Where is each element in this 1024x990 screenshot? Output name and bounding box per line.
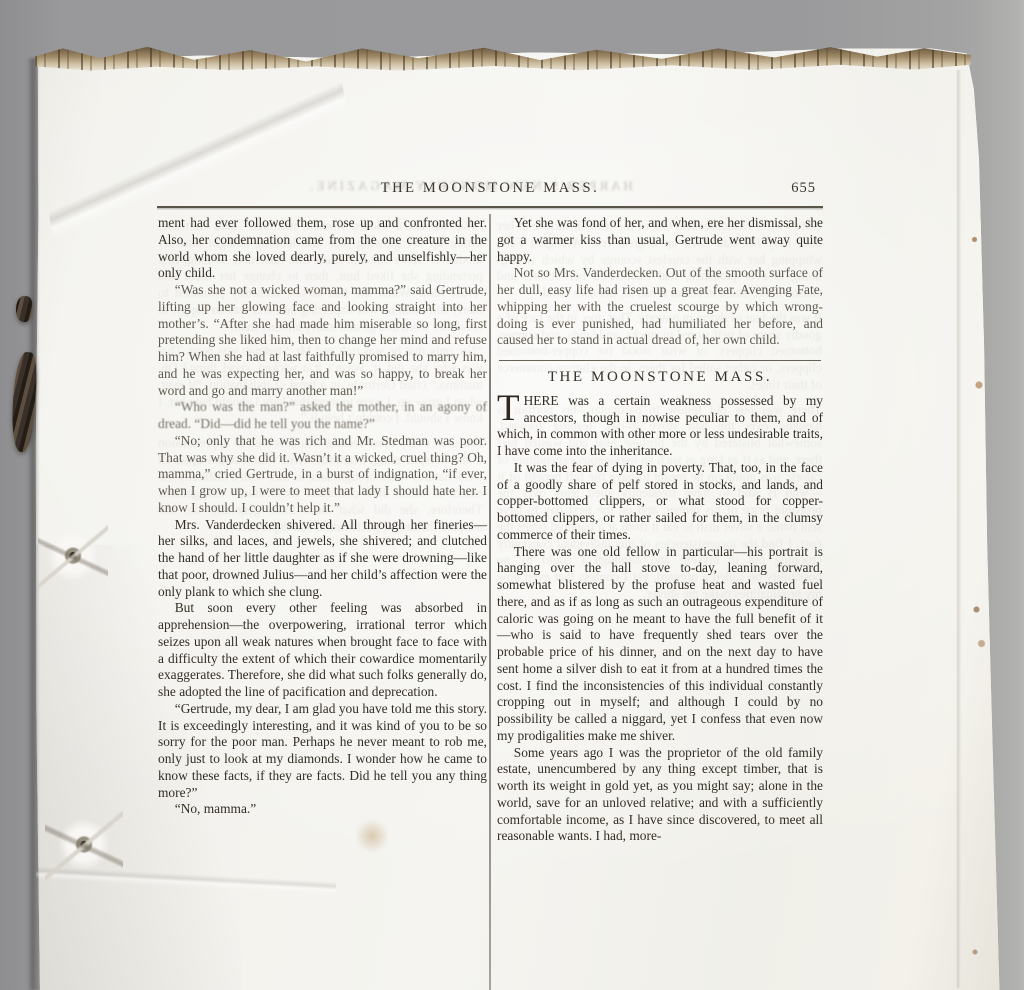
paragraph: “No, mamma.” — [158, 801, 487, 818]
paragraph: There was one old fellow in particular—h… — [497, 544, 823, 745]
page-header: HARPER'S NEW MONTHLY MAGAZINE. THE MOONS… — [158, 180, 822, 202]
right-column: Yet she was fond of her, and when, ere h… — [497, 215, 823, 845]
paragraph: Yet she was fond of her, and when, ere h… — [497, 215, 823, 265]
paragraph: It was the fear of dying in poverty. Tha… — [497, 460, 823, 544]
paragraph: THERE was a certain weakness possessed b… — [497, 393, 823, 460]
header-rule — [157, 206, 823, 208]
section-title: THE MOONSTONE MASS. — [497, 369, 823, 386]
scan-background: Not so Mrs. Vanderdecken. Out of the smo… — [0, 0, 1024, 990]
paragraph: “Was she not a wicked woman, mamma?” sai… — [158, 282, 487, 399]
section-divider-rule — [499, 360, 821, 361]
paragraph: ment had ever followed them, rose up and… — [158, 215, 487, 282]
page-number: 655 — [791, 180, 816, 197]
printed-page-content: Not so Mrs. Vanderdecken. Out of the smo… — [0, 0, 1024, 990]
opening-text: HERE was a certain weakness possessed by… — [497, 393, 823, 458]
drop-cap: T — [497, 393, 524, 423]
running-title: THE MOONSTONE MASS. — [158, 180, 822, 202]
paragraph: But soon every other feeling was absorbe… — [158, 600, 487, 701]
left-column: ment had ever followed them, rose up and… — [158, 215, 487, 818]
paragraph: “Gertrude, my dear, I am glad you have t… — [158, 701, 487, 802]
paragraph: Not so Mrs. Vanderdecken. Out of the smo… — [497, 265, 823, 349]
paragraph: “Who was the man?” asked the mother, in … — [158, 399, 487, 433]
paragraph: Mrs. Vanderdecken shivered. All through … — [158, 517, 487, 601]
column-divider-rule — [489, 214, 491, 990]
paragraph: Some years ago I was the proprietor of t… — [497, 745, 823, 846]
paragraph: “No; only that he was rich and Mr. Stedm… — [158, 433, 487, 517]
